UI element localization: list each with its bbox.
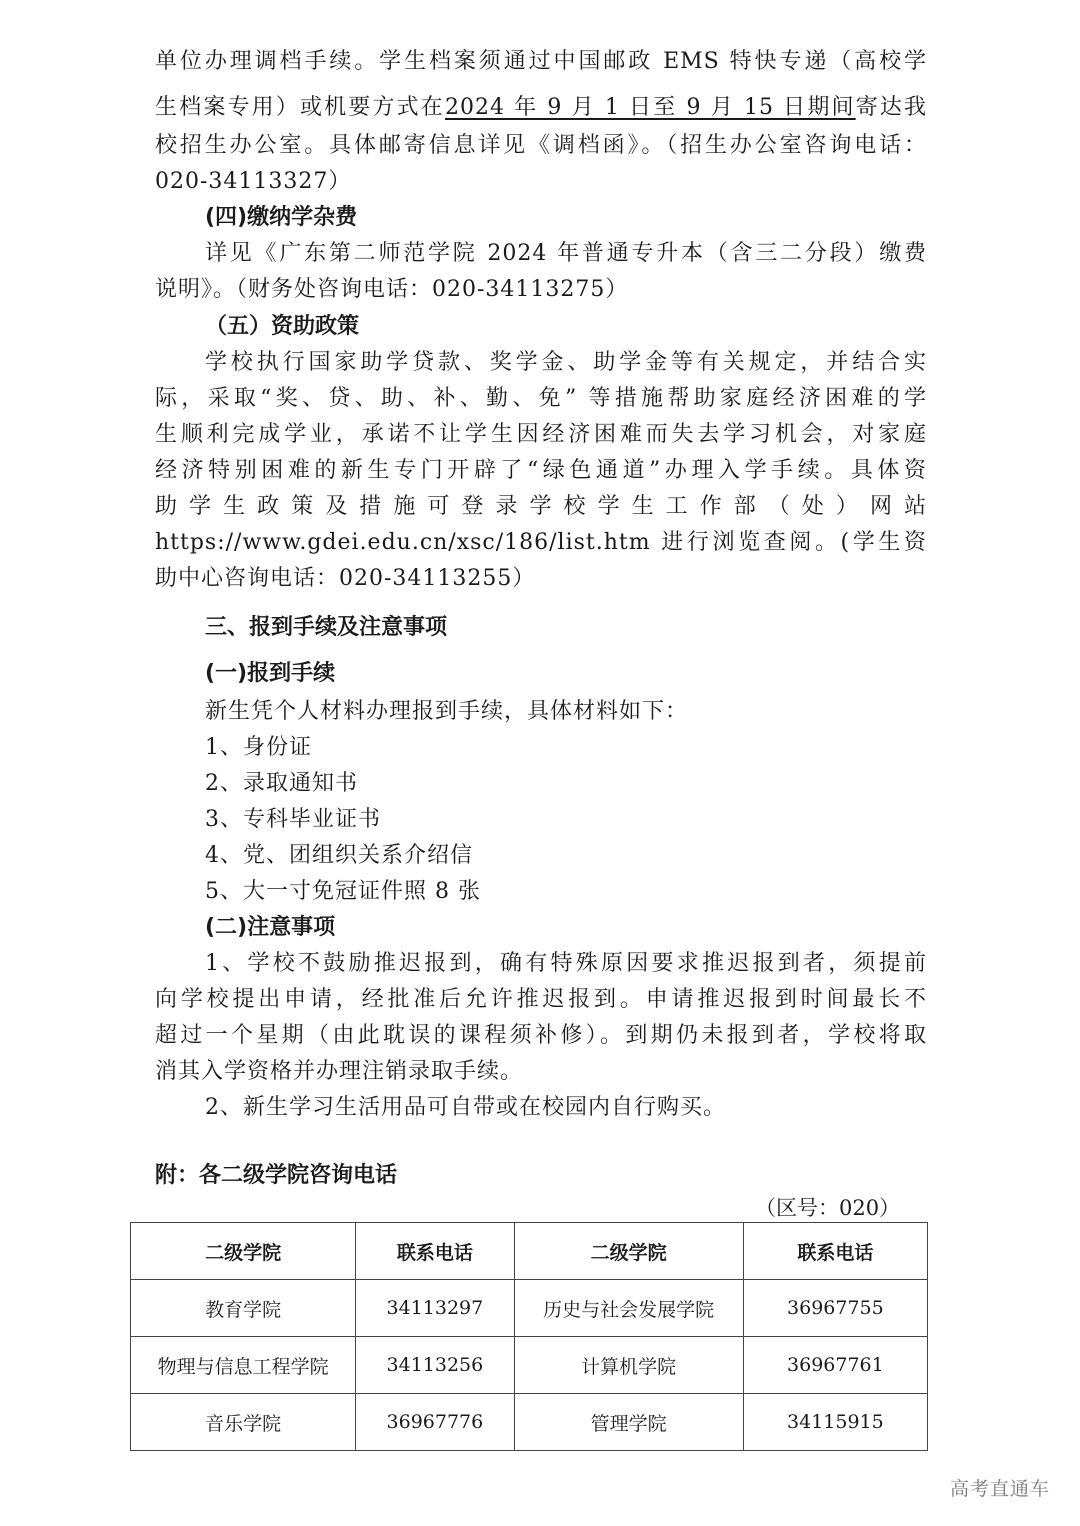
college-name: 教育学院 [131,1280,356,1337]
college-name: 管理学院 [514,1394,743,1451]
archive-text: 寄达我 [856,95,927,120]
fees-line-1: 详见《广东第二师范学院 2024 年普通专升本（含三二分段）缴费 [155,236,927,272]
header-college: 二级学院 [131,1223,356,1280]
aid-heading: （五）资助政策 [155,309,927,345]
material-item: 2、录取通知书 [155,766,927,802]
archive-line-4: 020-34113327） [155,164,927,200]
archive-deadline-underlined: 2024 年 9 月 1 日至 9 月 15 日期间 [445,95,856,120]
registration-heading: 三、报到手续及注意事项 [155,610,927,646]
material-item: 5、大一寸免冠证件照 8 张 [155,874,927,910]
header-phone: 联系电话 [356,1223,514,1280]
phone-number: 36967755 [743,1280,927,1337]
college-name: 物理与信息工程学院 [131,1337,356,1394]
college-contacts-table: 二级学院 联系电话 二级学院 联系电话 教育学院 34113297 历史与社会发… [130,1222,928,1451]
aid-line: 学校执行国家助学贷款、奖学金、助学金等有关规定，并结合实 [155,345,927,381]
material-item: 1、身份证 [155,730,927,766]
registration-sub1-heading: (一)报到手续 [155,656,927,692]
archive-line-2: 生档案专用）或机要方式在2024 年 9 月 1 日至 9 月 15 日期间寄达… [155,90,927,126]
note-line: 1、学校不鼓励推迟报到，确有特殊原因要求推迟报到者，须提前 [155,946,927,982]
aid-line: 经济特别困难的新生专门开辟了“绿色通道”办理入学手续。具体资 [155,453,927,489]
phone-number: 34113256 [356,1337,514,1394]
phone-number: 34115915 [743,1394,927,1451]
registration-intro: 新生凭个人材料办理报到手续，具体材料如下： [155,694,927,730]
source-watermark: 高考直通车 [950,1474,1050,1501]
phone-number: 34113297 [356,1280,514,1337]
header-phone: 联系电话 [743,1223,927,1280]
aid-url-line: https://www.gdei.edu.cn/xsc/186/list.htm… [155,525,927,561]
fees-line-2: 说明》。（财务处咨询电话：020-34113275） [155,272,927,308]
material-item: 4、党、团组织关系介绍信 [155,838,927,874]
archive-line-3: 校招生办公室。具体邮寄信息详见《调档函》。（招生办公室咨询电话： [155,128,927,164]
notes-heading: (二)注意事项 [155,910,927,946]
header-college: 二级学院 [514,1223,743,1280]
fees-heading: (四)缴纳学杂费 [155,200,927,236]
note-line: 超过一个星期（由此耽误的课程须补修）。到期仍未报到者，学校将取 [155,1018,927,1054]
note-line: 2、新生学习生活用品可自带或在校园内自行购买。 [155,1090,927,1126]
phone-number: 36967776 [356,1394,514,1451]
archive-text: 生档案专用）或机要方式在 [155,95,445,120]
archive-line-1: 单位办理调档手续。学生档案须通过中国邮政 EMS 特快专递（高校学 [155,44,927,80]
college-name: 音乐学院 [131,1394,356,1451]
appendix-title: 附：各二级学院咨询电话 [155,1158,397,1189]
college-name: 历史与社会发展学院 [514,1280,743,1337]
aid-line: 助 学 生 政 策 及 措 施 可 登 录 学 校 学 生 工 作 部 （ 处 … [155,489,927,525]
college-name: 计算机学院 [514,1337,743,1394]
area-code: （区号：020） [755,1192,900,1222]
note-line: 向学校提出申请，经批准后允许推迟报到。申请推迟报到时间最长不 [155,982,927,1018]
aid-line: 助中心咨询电话：020-34113255） [155,561,927,597]
material-item: 3、专科毕业证书 [155,802,927,838]
note-line: 消其入学资格并办理注销录取手续。 [155,1054,927,1090]
table-row: 教育学院 34113297 历史与社会发展学院 36967755 [131,1280,928,1337]
aid-line: 际，采取“奖、贷、助、补、勤、免” 等措施帮助家庭经济困难的学 [155,381,927,417]
phone-number: 36967761 [743,1337,927,1394]
table-row: 音乐学院 36967776 管理学院 34115915 [131,1394,928,1451]
table-row: 物理与信息工程学院 34113256 计算机学院 36967761 [131,1337,928,1394]
table-header-row: 二级学院 联系电话 二级学院 联系电话 [131,1223,928,1280]
aid-line: 生顺利完成学业，承诺不让学生因经济困难而失去学习机会，对家庭 [155,417,927,453]
